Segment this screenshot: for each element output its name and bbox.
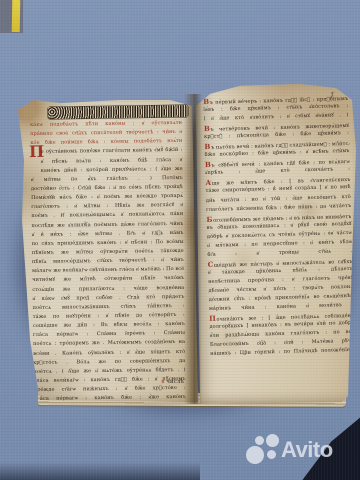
book-gutter-shadow [184, 94, 202, 404]
avito-logo-text: Avito [281, 437, 333, 463]
yellow-strip [12, 0, 21, 32]
avito-logo-circle-small [255, 436, 264, 445]
avito-logo-circle-large [246, 446, 264, 464]
right-page-text: Въ пе́рвꙑй ве́черъ : кано́нъ гдⷣꙋ і҆и̑сꙋ… [203, 93, 355, 359]
catchword-black: чи́слѣ [166, 379, 184, 385]
ornamental-headpiece [48, 105, 188, 119]
photo-stage: П ка́кѡ подоба́етъ пѣ́ти кано́ны : и҆ оу… [0, 0, 360, 480]
avito-watermark: Avito [246, 434, 354, 474]
catchword: в̾ чи́слѣ [161, 379, 184, 385]
catchword-red: в̾ [161, 379, 164, 385]
avito-logo-circle-medium [266, 434, 279, 447]
cloth-foreground-shade [0, 462, 200, 480]
avito-logo-circle-tiny [267, 450, 276, 459]
book-left-page: П ка́кѡ подоба́етъ пѣ́ти кано́ны : и҆ оу… [16, 96, 198, 404]
left-page-text: ка́кѡ подоба́етъ пѣ́ти кано́ны : и҆ оу̑с… [30, 119, 186, 414]
book-right-page: ѯ҃ Въ пе́рвꙑй ве́черъ : кано́нъ гдⷣꙋ і҆и… [194, 82, 358, 404]
